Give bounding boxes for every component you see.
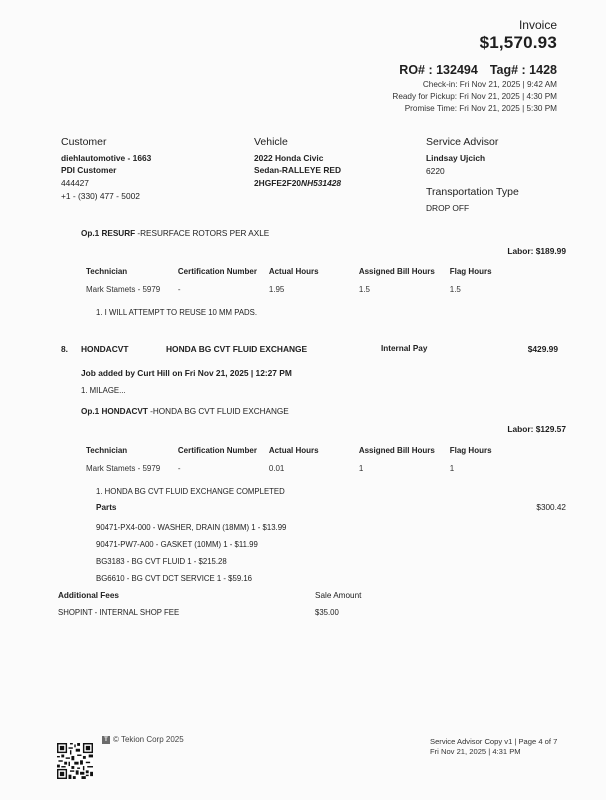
customer-name: diehlautomotive - 1663 — [61, 152, 151, 164]
job8-op-desc: -HONDA BG CVT FLUID EXCHANGE — [148, 407, 289, 416]
footer-copyright: T© Tekion Corp 2025 — [102, 735, 184, 744]
invoice-header: Invoice $1,570.93 RO# : 132494Tag# : 142… — [392, 18, 557, 114]
customer-title: Customer — [61, 136, 151, 148]
advisor-name: Lindsay Ujcich — [426, 152, 519, 164]
header-certification: Certification Number — [178, 267, 269, 276]
job8-note: 1. HONDA BG CVT FLUID EXCHANGE COMPLETED — [96, 487, 285, 496]
invoice-total: $1,570.93 — [392, 33, 557, 53]
invoice-title: Invoice — [392, 18, 557, 32]
job7-op-code: Op.1 RESURF — [81, 229, 135, 238]
job7-op-line: Op.1 RESURF -RESURFACE ROTORS PER AXLE — [81, 229, 269, 238]
job8-labor: Labor: $129.57 — [507, 424, 566, 434]
tech-table-header: Technician Certification Number Actual H… — [86, 441, 506, 459]
header-certification: Certification Number — [178, 446, 269, 455]
printed-time: Fri Nov 21, 2025 | 4:31 PM — [430, 747, 557, 757]
part-item: 90471-PX4-000 - WASHER, DRAIN (18MM) 1 -… — [96, 519, 286, 536]
vehicle-trim: Sedan-RALLEYE RED — [254, 164, 341, 176]
part-item: BG3183 - BG CVT FLUID 1 - $215.28 — [96, 553, 286, 570]
part-item: BG6610 - BG CVT DCT SERVICE 1 - $59.16 — [96, 570, 286, 587]
job8-added-by: Job added by Curt Hill on Fri Nov 21, 20… — [81, 368, 292, 378]
table-row: Mark Stamets - 5979 - 0.01 1 1 — [86, 459, 506, 477]
parts-list: 90471-PX4-000 - WASHER, DRAIN (18MM) 1 -… — [96, 519, 286, 587]
customer-phone: +1 - (330) 477 - 5002 — [61, 190, 151, 202]
flag-hours: 1.5 — [450, 285, 506, 294]
header-actual-hours: Actual Hours — [269, 267, 359, 276]
job7-labor: Labor: $189.99 — [507, 246, 566, 256]
customer-section: Customer diehlautomotive - 1663 PDI Cust… — [61, 136, 151, 202]
fees-amount-title: Sale Amount — [315, 591, 361, 600]
customer-type: PDI Customer — [61, 164, 151, 176]
table-row: Mark Stamets - 5979 - 1.95 1.5 1.5 — [86, 280, 506, 298]
copy-page-info: Service Advisor Copy v1 | Page 4 of 7 — [430, 737, 557, 747]
job8-op-line: Op.1 HONDACVT -HONDA BG CVT FLUID EXCHAN… — [81, 407, 289, 416]
copyright-text: © Tekion Corp 2025 — [113, 735, 184, 744]
vin-suffix: NH531428 — [301, 178, 341, 188]
job8-pay-type: Internal Pay — [381, 344, 427, 353]
vehicle-model: 2022 Honda Civic — [254, 152, 341, 164]
header-actual-hours: Actual Hours — [269, 446, 359, 455]
advisor-title: Service Advisor — [426, 136, 519, 148]
parts-total: $300.42 — [536, 503, 566, 512]
bill-hours: 1 — [359, 464, 450, 473]
ro-tag-line: RO# : 132494Tag# : 1428 — [392, 63, 557, 77]
header-technician: Technician — [86, 267, 178, 276]
tag-number: Tag# : 1428 — [490, 63, 557, 77]
advisor-number: 6220 — [426, 165, 519, 177]
bill-hours: 1.5 — [359, 285, 450, 294]
checkin-time: Check-in: Fri Nov 21, 2025 | 9:42 AM — [392, 80, 557, 90]
header-technician: Technician — [86, 446, 178, 455]
job7-op-desc: -RESURFACE ROTORS PER AXLE — [135, 229, 269, 238]
job8-name: HONDA BG CVT FLUID EXCHANGE — [166, 344, 307, 354]
actual-hours: 0.01 — [269, 464, 359, 473]
flag-hours: 1 — [450, 464, 506, 473]
vehicle-title: Vehicle — [254, 136, 341, 148]
vehicle-section: Vehicle 2022 Honda Civic Sedan-RALLEYE R… — [254, 136, 341, 189]
ro-number: RO# : 132494 — [399, 63, 478, 77]
fee-amount: $35.00 — [315, 608, 339, 617]
technician: Mark Stamets - 5979 — [86, 285, 178, 294]
footer-info: Service Advisor Copy v1 | Page 4 of 7 Fr… — [430, 737, 557, 757]
actual-hours: 1.95 — [269, 285, 359, 294]
certification-number: - — [178, 285, 269, 294]
customer-number: 444427 — [61, 177, 151, 189]
part-item: 90471-PW7-A00 - GASKET (10MM) 1 - $11.99 — [96, 536, 286, 553]
job8-concern: 1. MILAGE... — [81, 386, 126, 395]
header-bill-hours: Assigned Bill Hours — [359, 446, 450, 455]
vehicle-vin: 2HGFE2F20NH531428 — [254, 177, 341, 189]
tech-table-header: Technician Certification Number Actual H… — [86, 262, 506, 280]
ready-time: Ready for Pickup: Fri Nov 21, 2025 | 4:3… — [392, 92, 557, 102]
job8-code: HONDACVT — [81, 344, 128, 354]
promise-time: Promise Time: Fri Nov 21, 2025 | 5:30 PM — [392, 104, 557, 114]
transport-title: Transportation Type — [426, 186, 519, 198]
vin-prefix: 2HGFE2F20 — [254, 178, 301, 188]
parts-title: Parts — [96, 503, 116, 512]
job8-tech-table: Technician Certification Number Actual H… — [86, 441, 506, 477]
advisor-section: Service Advisor Lindsay Ujcich 6220 Tran… — [426, 136, 519, 214]
fee-name: SHOPINT - INTERNAL SHOP FEE — [58, 608, 179, 617]
transport-type: DROP OFF — [426, 202, 519, 214]
header-bill-hours: Assigned Bill Hours — [359, 267, 450, 276]
certification-number: - — [178, 464, 269, 473]
job7-tech-table: Technician Certification Number Actual H… — [86, 262, 506, 298]
header-flag-hours: Flag Hours — [450, 267, 506, 276]
technician: Mark Stamets - 5979 — [86, 464, 178, 473]
qr-code-icon — [57, 742, 93, 780]
job8-amount: $429.99 — [528, 344, 558, 354]
job7-note: 1. I WILL ATTEMPT TO REUSE 10 MM PADS. — [96, 308, 257, 317]
tekion-logo-icon: T — [102, 736, 110, 744]
job8-op-code: Op.1 HONDACVT — [81, 407, 148, 416]
fees-title: Additional Fees — [58, 591, 119, 600]
job8-number: 8. — [61, 344, 68, 354]
header-flag-hours: Flag Hours — [450, 446, 506, 455]
